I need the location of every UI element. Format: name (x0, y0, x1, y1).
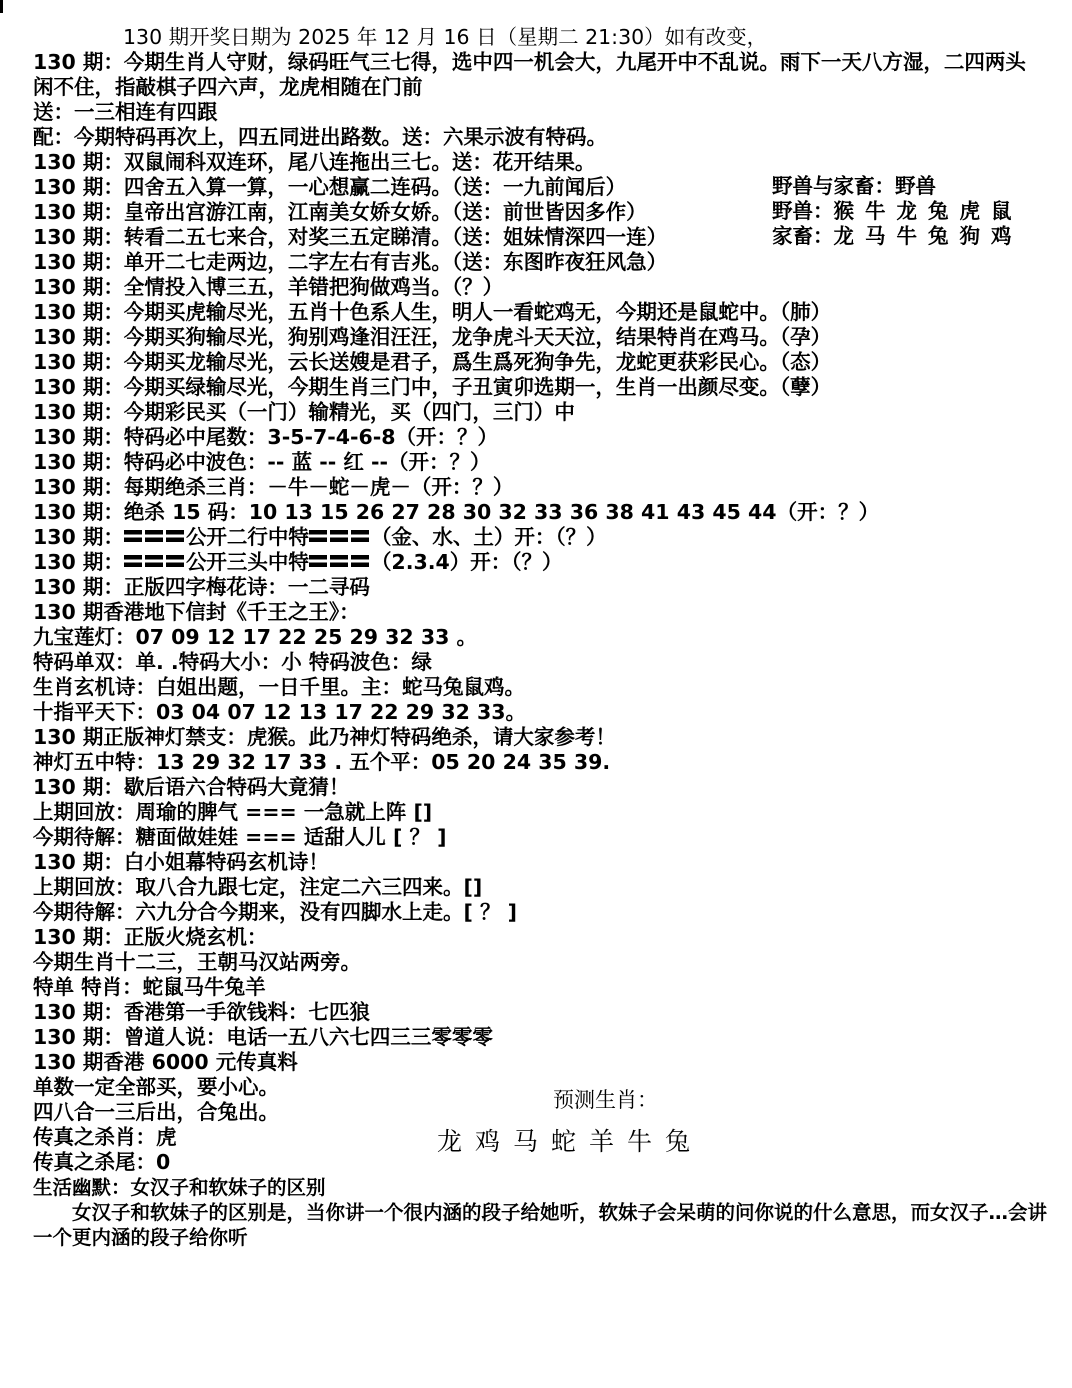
line-suffix: （金、水、土）开：（？） (371, 525, 607, 549)
text-line: 130 期：今期生肖人守财，绿码旺气三七得，选中四一机会大，九尾开中不乱说。雨下… (33, 50, 1072, 75)
text-line: 生肖玄机诗：白姐出题，一日千里。主：蛇马兔鼠鸡。 (33, 675, 1072, 700)
line-prefix: 130 期： (33, 550, 124, 574)
three-heads-line: 130 期：〓〓〓公开三头中特〓〓〓（2.3.4）开：（？） (33, 550, 1072, 575)
line-suffix: （2.3.4）开：（？） (371, 550, 563, 574)
text-line: 130 期：今期买狗输尽光，狗别鸡逢泪汪汪，龙争虎斗天天泣，结果特肖在鸡马。（孕… (33, 325, 1072, 350)
wild-animals-row: 野兽：猴牛龙兔虎鼠 (772, 199, 1023, 224)
text-line: 今期待解：六九分合今期来，没有四脚水上走。[ ？ ] (33, 900, 1072, 925)
text-line: 130 期：单开二七走两边，二字左右有吉兆。（送：东图昨夜狂风急） (33, 250, 1072, 275)
text-line: 130 期：每期绝杀三肖：－牛－蛇－虎－（开：？） (33, 475, 1072, 500)
text-line: 130 期：正版四字梅花诗：一二寻码 (33, 575, 1072, 600)
domestic-label: 家畜： (772, 224, 834, 248)
line-middle: 公开三头中特 (186, 550, 309, 574)
zodiac-item: 狗 (960, 224, 992, 249)
humor-heading: 生活幽默：女汉子和软妹子的区别 (33, 1175, 1072, 1200)
text-line: 神灯五中特：13 29 32 17 33 . 五个平：05 20 24 35 3… (33, 750, 1072, 775)
text-line: 130 期：香港第一手欲钱料：七匹狼 (33, 1000, 1072, 1025)
text-line: 上期回放：周瑜的脾气 === 一急就上阵 [] (33, 800, 1072, 825)
text-line: 今期生肖十二三，王朝马汉站两旁。 (33, 950, 1072, 975)
text-line: 130 期：绝杀 15 码：10 13 15 26 27 28 30 32 33… (33, 500, 1072, 525)
text-line: 130 期：全情投入博三五，羊错把狗做鸡当。（？） (33, 275, 1072, 300)
wild-label: 野兽： (772, 199, 834, 223)
block-mark-icon: 〓〓〓 (124, 555, 186, 567)
text-line: 特码单双：单. .特码大小：小 特码波色：绿 (33, 650, 1072, 675)
zodiac-item: 虎 (960, 199, 992, 224)
zodiac-item: 蛇 (551, 1127, 589, 1157)
text-line: 配：今期特码再次上，四五同进出路数。送：六果示波有特码。 (33, 125, 1072, 150)
block-mark-icon: 〓〓〓 (309, 530, 371, 542)
zodiac-item: 牛 (897, 224, 929, 249)
text-line: 130 期：歇后语六合特码大竟猜！ (33, 775, 1072, 800)
zodiac-item: 马 (865, 224, 897, 249)
five-elements-line: 130 期：〓〓〓公开二行中特〓〓〓（金、水、土）开：（？） (33, 525, 1072, 550)
zodiac-item: 马 (513, 1127, 551, 1157)
text-line: 130 期香港地下信封《千王之王》： (33, 600, 1072, 625)
line-middle: 公开二行中特 (186, 525, 309, 549)
text-line: 130 期：白小姐幕特码玄机诗！ (33, 850, 1072, 875)
zodiac-item: 牛 (865, 199, 897, 224)
zodiac-item: 龙 (834, 224, 866, 249)
zodiac-item: 牛 (627, 1127, 665, 1157)
zodiac-item: 兔 (665, 1127, 703, 1157)
side-box-title: 野兽与家畜：野兽 (772, 174, 1023, 199)
text-line: 130 期香港 6000 元传真料 (33, 1050, 1072, 1075)
block-mark-icon: 〓〓〓 (309, 555, 371, 567)
text-line: 130 期正版神灯禁支：虎猴。此乃神灯特码绝杀，请大家参考！ (33, 725, 1072, 750)
text-line: 闲不住，指敲棋子四六声，龙虎相随在门前 (33, 75, 1072, 100)
text-line: 送：一三相连有四跟 (33, 100, 1072, 125)
line-prefix: 130 期： (33, 525, 124, 549)
text-line: 130 期：曾道人说：电话一五八六七四三三零零零 (33, 1025, 1072, 1050)
text-line: 十指平天下：03 04 07 12 13 17 22 29 32 33。 (33, 700, 1072, 725)
text-line: 130 期：今期买龙输尽光，云长送嫂是君子，爲生爲死狗争先，龙蛇更获彩民心。（态… (33, 350, 1072, 375)
text-line: 特单 特肖：蛇鼠马牛兔羊 (33, 975, 1072, 1000)
wild-domestic-box: 野兽与家畜：野兽 野兽：猴牛龙兔虎鼠 家畜：龙马牛兔狗鸡 (772, 174, 1023, 249)
zodiac-item: 龙 (897, 199, 929, 224)
text-line: 130 期：双鼠闹科双连环，尾八连拖出三七。送：花开结果。 (33, 150, 1072, 175)
text-line: 130 期：今期彩民买（一门）输精光，买（四门，三门）中 (33, 400, 1072, 425)
prediction-zodiacs: 龙鸡马蛇羊牛兔 (437, 1127, 703, 1157)
zodiac-item: 鼠 (991, 199, 1023, 224)
prediction-label: 预测生肖： (553, 1088, 658, 1113)
zodiac-item: 鸡 (991, 224, 1023, 249)
text-line: 上期回放：取八合九跟七定，注定二六三四来。[] (33, 875, 1072, 900)
text-line: 九宝莲灯：07 09 12 17 22 25 29 32 33 。 (33, 625, 1072, 650)
domestic-animals-row: 家畜：龙马牛兔狗鸡 (772, 224, 1023, 249)
zodiac-item: 兔 (928, 224, 960, 249)
humor-body-line: 女汉子和软妹子的区别是，当你讲一个很内涵的段子给她听，软妹子会呆萌的问你说的什么… (33, 1200, 1072, 1225)
zodiac-item: 龙 (437, 1127, 475, 1157)
text-line: 130 期：今期买绿输尽光，今期生肖三门中，子丑寅卯选期一，生肖一出颜尽变。（孽… (33, 375, 1072, 400)
text-line: 130 期：特码必中尾数：3-5-7-4-6-8（开：？） (33, 425, 1072, 450)
text-line: 130 期：正版火烧玄机： (33, 925, 1072, 950)
zodiac-item: 鸡 (475, 1127, 513, 1157)
zodiac-item: 羊 (589, 1127, 627, 1157)
text-line: 130 期：特码必中波色：-- 蓝 -- 红 --（开：？） (33, 450, 1072, 475)
zodiac-item: 兔 (928, 199, 960, 224)
zodiac-item: 猴 (834, 199, 866, 224)
block-mark-icon: 〓〓〓 (124, 530, 186, 542)
text-line: 130 期：今期买虎输尽光，五肖十色系人生，明人一看蛇鸡无，今期还是鼠蛇中。（肺… (33, 300, 1072, 325)
corner-mark (0, 0, 3, 13)
humor-body-line: 一个更内涵的段子给你听 (33, 1225, 1072, 1250)
draw-date-title: 130 期开奖日期为 2025 年 12 月 16 日（星期二 21:30）如有… (33, 25, 1072, 50)
text-line: 今期待解：糖面做娃娃 === 适甜人儿 [ ？ ] (33, 825, 1072, 850)
